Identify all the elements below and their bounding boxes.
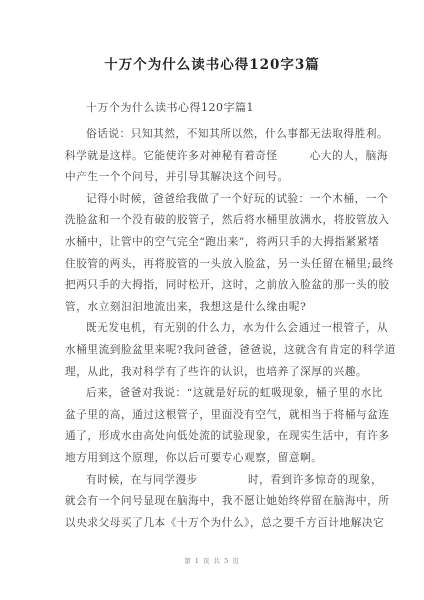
text-line: 住胶管的两头，再将胶管的一头放入脸盆，另一头任留在桶里;最终 <box>65 254 361 276</box>
text-line: 盆子里的高，通过这根管子，里面没有空气，就相当于将桶与盆连 <box>65 405 361 427</box>
text-line: 管，水立刻汩汩地流出来，我想这是什么缘由呢? <box>65 297 361 319</box>
page-number-footer: 第 1 页 共 5 页 <box>0 556 424 565</box>
text-line: 记得小时候，爸爸给我做了一个好玩的试验：一个木桶，一个 <box>65 189 361 211</box>
text-segment: 科学就是这样。它能使许多对神秘有着奇怪 <box>65 150 278 162</box>
text-line: 科学就是这样。它能使许多对神秘有着奇怪心大的人，脑海 <box>65 146 361 168</box>
text-line: 就会有一个问号显现在脑海中，我不愿让她始终停留在脑海中，所 <box>65 491 361 513</box>
text-segment: 时，看到许多惊奇的现象， <box>248 474 382 486</box>
text-line: 洗脸盆和一个没有破的胶管子，然后将水桶里放满水，将胶管放入 <box>65 210 361 232</box>
text-line: 既无发电机，有无别的什么力，水为什么会通过一根管子，从 <box>65 318 361 340</box>
text-line: 以央求父母买了几本《十万个为什么》，总之要千方百计地解决它 <box>65 513 361 535</box>
document-title: 十万个为什么读书心得120字3篇 <box>0 53 424 73</box>
text-line: 有时候，在与同学漫步时，看到许多惊奇的现象， <box>65 470 361 492</box>
section-heading: 十万个为什么读书心得120字篇1 <box>86 99 254 115</box>
text-line: 中产生一个个问号，并引导其解决这个问号。 <box>65 167 361 189</box>
document-body: 俗话说：只知其然，不知其所以然，什么事都无法取得胜利。 科学就是这样。它能使许多… <box>65 124 361 534</box>
text-segment: 有时候，在与同学漫步 <box>86 474 198 486</box>
text-line: 理，从此，我对科学有了些许的认识，也培养了深厚的兴趣。 <box>65 362 361 384</box>
text-line: 俗话说：只知其然，不知其所以然，什么事都无法取得胜利。 <box>65 124 361 146</box>
text-line: 后来，爸爸对我说：“这就是好玩的虹吸现象，桶子里的水比 <box>65 383 361 405</box>
text-segment: 心大的人，脑海 <box>310 150 388 162</box>
text-line: 水桶里流到脸盆里来呢?我问爸爸，爸爸说，这就含有肯定的科学道 <box>65 340 361 362</box>
text-line: 通了，形成水由高处向低处流的试验现象，在现实生活中，有许多 <box>65 426 361 448</box>
document-page: 十万个为什么读书心得120字3篇 十万个为什么读书心得120字篇1 俗话说：只知… <box>0 0 424 600</box>
text-line: 把两只手的大拇指，同时松开，这时，之前放入脸盆的那一头的胶 <box>65 275 361 297</box>
text-line: 水桶中，让管中的空气完全“跑出来”，将两只手的大拇指紧紧堵 <box>65 232 361 254</box>
text-line: 地方用到这个原理，你以后可要专心观察，留意啊。 <box>65 448 361 470</box>
